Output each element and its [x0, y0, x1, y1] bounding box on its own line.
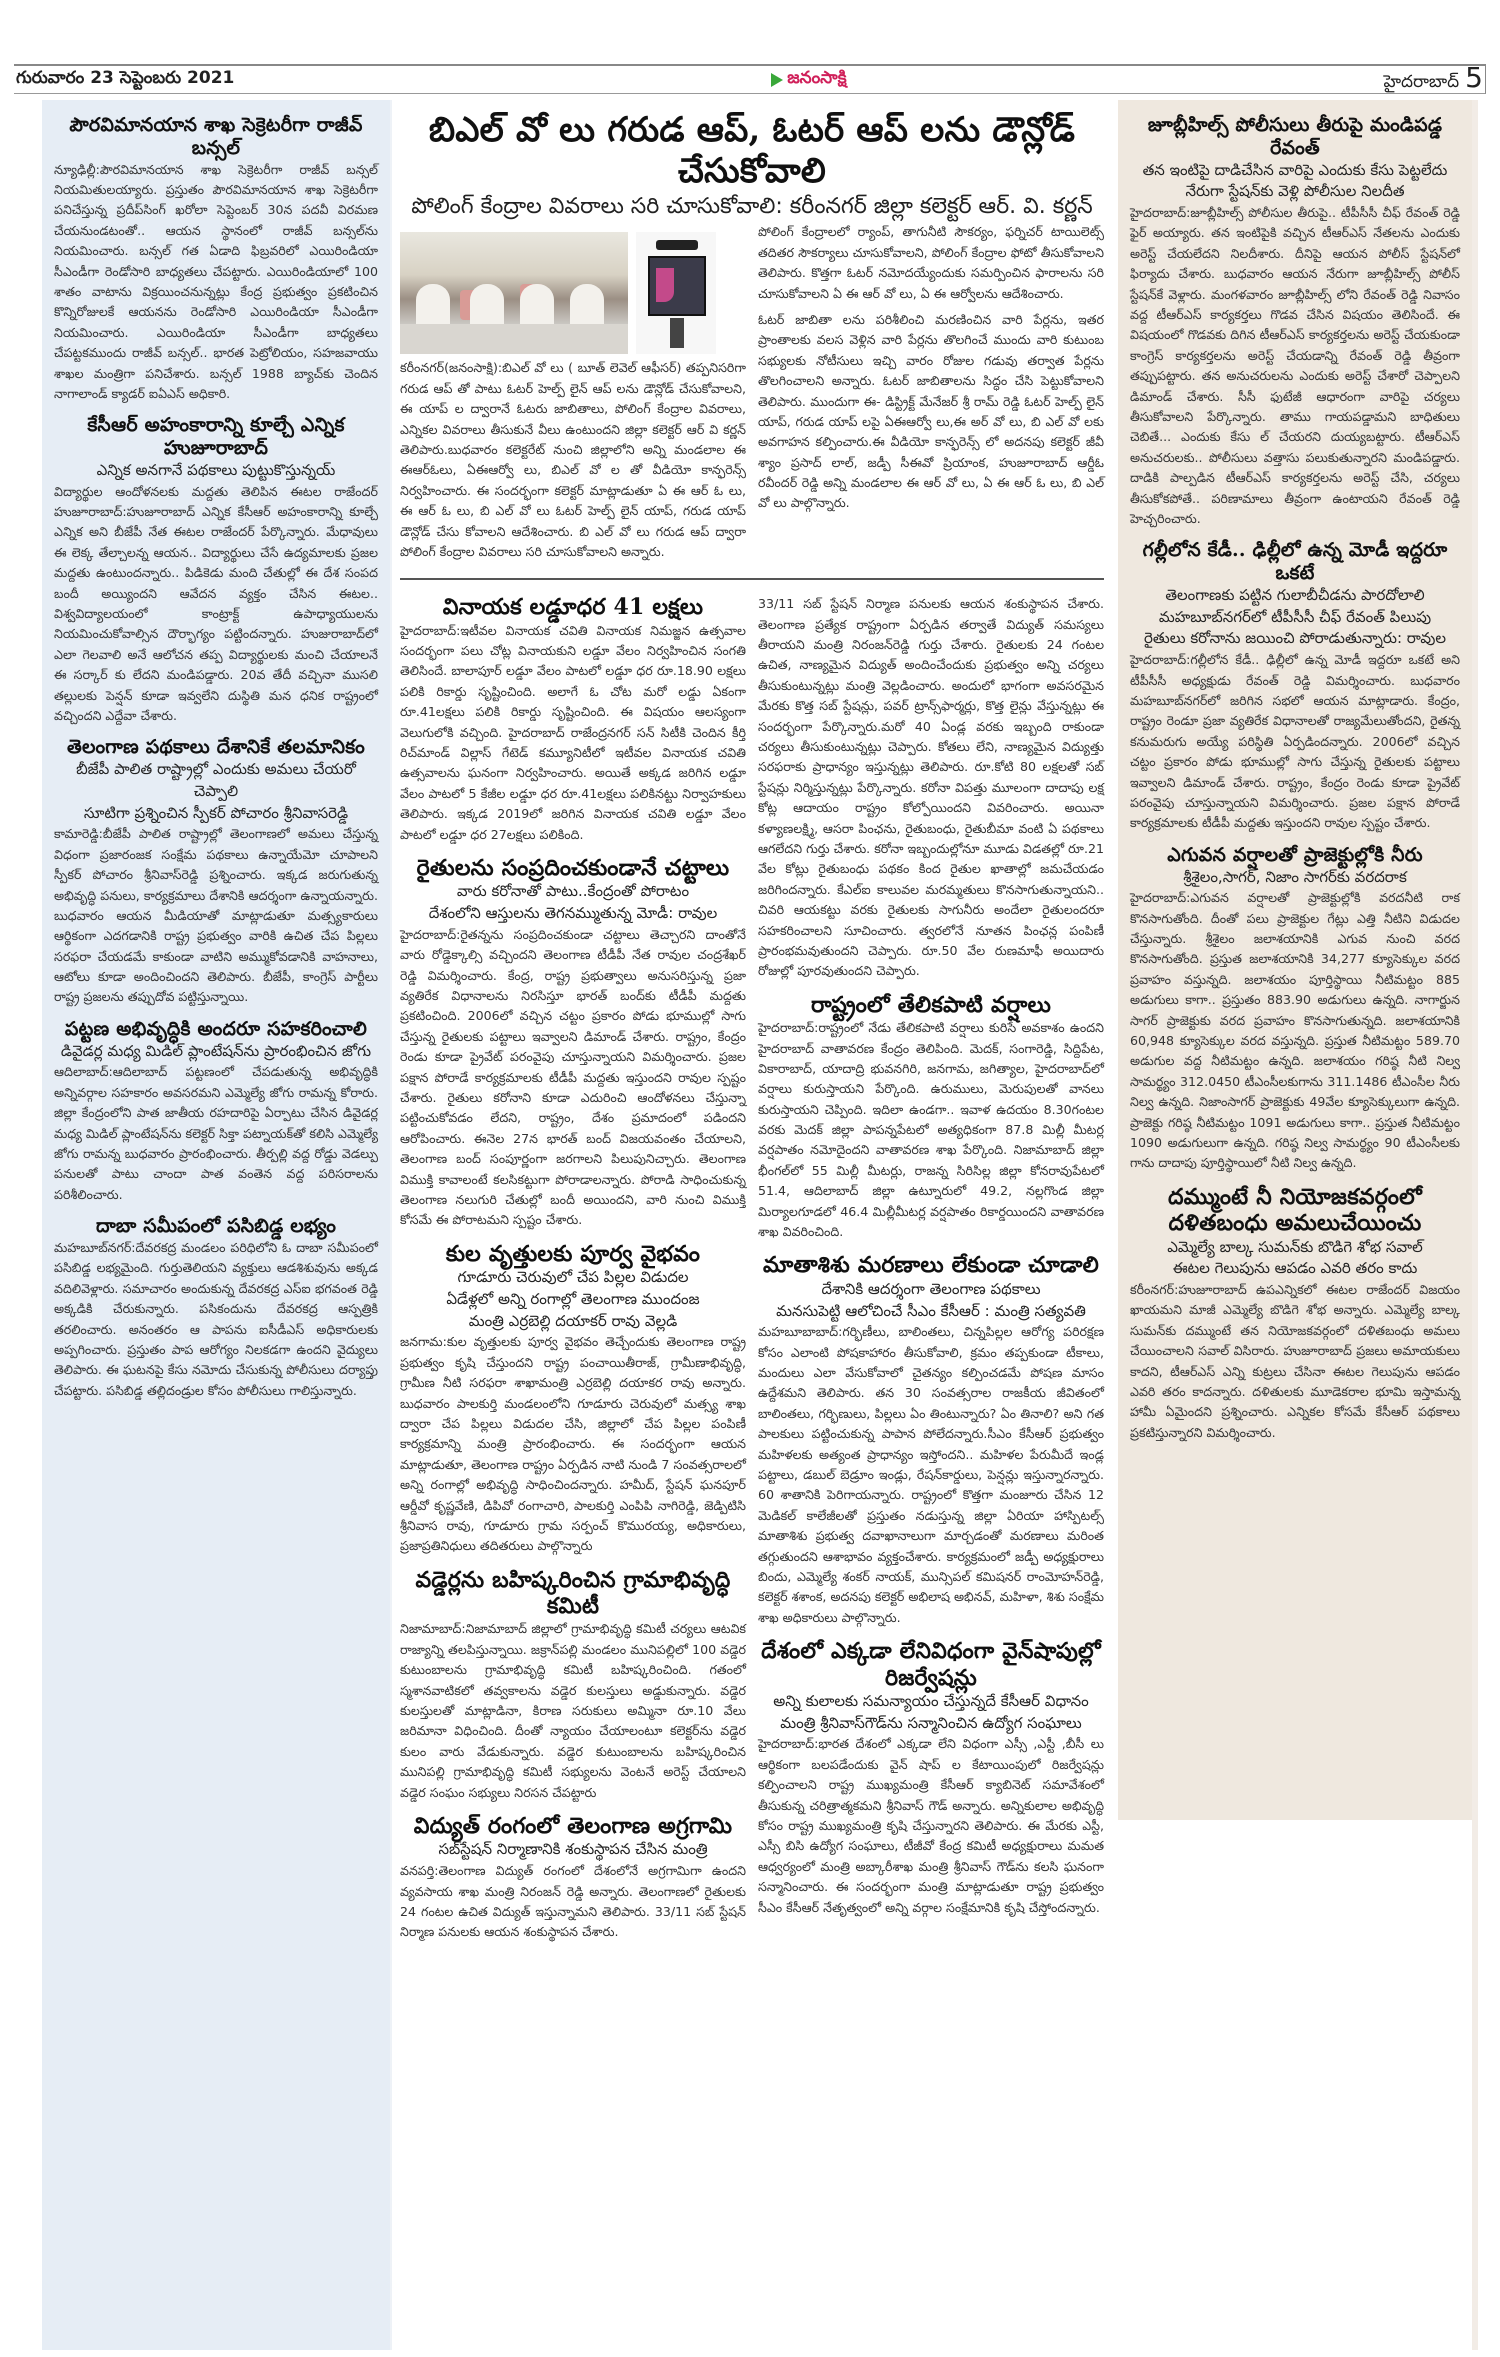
article-subhead: ఏడేళ్లలో అన్ని రంగాల్లో తెలంగాణ ముందంజ [400, 1289, 746, 1311]
article-headline: మాతాశిశు మరణాలు లేకుండా చూడాలి [758, 1252, 1104, 1278]
article-vaddera-boycott: వడ్డెర్లను బహిష్కరించిన గ్రామాభివృద్ధి క… [400, 1567, 746, 1803]
lead-headline: బిఎల్ వో లు గరుడ ఆప్, ఓటర్ ఆప్ లను డౌన్ల… [400, 110, 1104, 192]
article-subhead: ఎమ్మెల్యే బాల్క సుమన్‌కు బొడిగె శోభ సవాల… [1130, 1237, 1460, 1259]
article-huzurabad: కేసీఆర్ అహంకారాన్ని కూల్చే ఎన్నిక హుజూరా… [54, 414, 378, 726]
article-subhead: తెలంగాణకు పట్టిన గులాబీచీడను పారదోలాలి [1130, 585, 1460, 607]
leaf-icon [771, 73, 783, 87]
article-body: హైదరాబాద్:రాష్ట్రంలో నేడు తేలికపాటి వర్ష… [758, 1018, 1104, 1242]
article-headline: దేశంలో ఎక్కడా లేనివిధంగా వైన్‌షాపుల్లో ర… [758, 1638, 1104, 1691]
article-body: హైదరాబాద్:రైతన్నను సంప్రదించకుండా చట్టాల… [400, 925, 746, 1231]
article-caste-occupations: కుల వృత్తులకు పూర్వ వైభవం గూడూరు చెరువుల… [400, 1241, 746, 1557]
article-body: హైదరాబాద్:జూబ్లీహిల్స్ పోలీసుల తీరుపై.. … [1130, 203, 1460, 529]
article-headline: పౌరవిమానయాన శాఖ సెక్రెటరీగా రాజీవ్ బన్సల… [54, 114, 378, 160]
article-headline: దమ్ముంటే నీ నియోజకవర్గంలో [1130, 1184, 1460, 1210]
article-body: న్యూఢిల్లీ:పౌరవిమానయాన శాఖ సెక్రెటరీగా ర… [54, 160, 378, 405]
article-body: 33/11 సబ్ స్టేషన్ నిర్మాణ పనులకు ఆయన శంక… [758, 594, 1104, 981]
video-conference-screen-photo [636, 232, 716, 354]
article-headline: జూబ్లీహిల్స్ పోలీసులు తీరుపై మండిపడ్డ రే… [1130, 114, 1460, 160]
article-body: నిజామాబాద్:నిజామాబాద్ జిల్లాలో గ్రామాభివ… [400, 1619, 746, 1803]
article-power-sector: విద్యుత్ రంగంలో తెలంగాణ అగ్రగామి సబ్‌స్ట… [400, 1813, 746, 1943]
article-power-sector-continued: 33/11 సబ్ స్టేషన్ నిర్మాణ పనులకు ఆయన శంక… [758, 594, 1104, 981]
left-column: పౌరవిమానయాన శాఖ సెక్రెటరీగా రాజీవ్ బన్సల… [42, 100, 390, 2350]
article-headline: దళితబంధు అమలుచేయించు [1130, 1210, 1460, 1236]
article-kd-modi: గల్లీలోన కేడీ.. ఢిల్లీలో ఉన్న మోడీ ఇద్దర… [1130, 539, 1460, 833]
article-headline: తెలంగాణ పథకాలు దేశానికే తలమానికం [54, 736, 378, 759]
article-headline: రాష్ట్రంలో తేలికపాటి వర్షాలు [758, 992, 1104, 1018]
edition-city: హైదరాబాద్ [1383, 72, 1459, 96]
article-headline: దాబా సమీపంలో పసిబిడ్డ లభ్యం [54, 1215, 378, 1238]
article-body: కరీంనగర్:హుజూరాబాద్ ఉపఎన్నికలో ఈటల రాజేం… [1130, 1280, 1460, 1443]
article-headline: వడ్డెర్లను బహిష్కరించిన గ్రామాభివృద్ధి క… [400, 1567, 746, 1620]
article-body: మహబూబ్‌నగర్:దేవరకద్ర మండలం పరిధిలోని ఓ ద… [54, 1238, 378, 1401]
article-headline: ఎగువన వర్షాలతో ప్రాజెక్టుల్లోకి నీరు [1130, 844, 1460, 867]
section-divider [400, 578, 1104, 580]
article-subhead: బీజేపీ పాలిత రాష్ట్రాల్లో ఎందుకు అమలు చే… [54, 759, 378, 803]
article-maternal-child-deaths: మాతాశిశు మరణాలు లేకుండా చూడాలి దేశానికి … [758, 1252, 1104, 1628]
article-body: హైదరాబాద్:గల్లీలోన కేడీ.. ఢిల్లీలో ఉన్న … [1130, 650, 1460, 834]
article-revanth-police: జూబ్లీహిల్స్ పోలీసులు తీరుపై మండిపడ్డ రే… [1130, 114, 1460, 529]
article-body: హైదరాబాద్:ఎగువన వర్షాలతో ప్రాజెక్టుల్లోక… [1130, 888, 1460, 1173]
column-gutter [1472, 100, 1478, 2350]
article-subhead: మంత్రి ఎర్రబెల్లి దయాకర్ రావు వెల్లడి [400, 1311, 746, 1333]
lead-body-right: ఓటర్ జాబితా లను పరిశీలించి మరణించిన వారి… [758, 310, 1104, 514]
newspaper-logo: జనంసాక్షి [771, 68, 846, 92]
article-dalitbandhu-challenge: దమ్ముంటే నీ నియోజకవర్గంలో దళితబంధు అమలుచ… [1130, 1184, 1460, 1443]
article-body: మహబూబాబాద్:గర్భిణీలు, బాలింతలు, చిన్నపిల… [758, 1322, 1104, 1628]
article-wine-shop-reservations: దేశంలో ఎక్కడా లేనివిధంగా వైన్‌షాపుల్లో ర… [758, 1638, 1104, 1918]
article-headline: పట్టణ అభివృద్ధికి అందరూ సహకరించాలి [54, 1018, 378, 1041]
article-headline: విద్యుత్ రంగంలో తెలంగాణ అగ్రగామి [400, 1813, 746, 1839]
article-subhead: ఈటల గెలుపును ఆపడం ఎవరి తరం కాదు [1130, 1258, 1460, 1280]
article-subhead: నేరుగా స్టేషన్‌కు వెళ్లి పోలీసుల నిలదీత [1130, 181, 1460, 203]
article-subhead: సూటిగా ప్రశ్నించిన స్పీకర్ పోచారం శ్రీని… [54, 803, 378, 825]
article-adilabad: పట్టణ అభివృద్ధికి అందరూ సహకరించాలి డివైడ… [54, 1018, 378, 1205]
article-headline: కేసీఆర్ అహంకారాన్ని కూల్చే ఎన్నిక హుజూరా… [54, 414, 378, 460]
article-subhead: డివైడర్ల మధ్య మిడిల్ ప్లాంటేషన్‌ను ప్రార… [54, 1041, 378, 1063]
article-body: కామారెడ్డి:బీజేపీ పాలిత రాష్ట్రాల్లో తెల… [54, 824, 378, 1008]
article-headline: వినాయక లడ్డూధర 41 లక్షలు [400, 594, 746, 620]
article-rajiv-bansal: పౌరవిమానయాన శాఖ సెక్రెటరీగా రాజీవ్ బన్సల… [54, 114, 378, 404]
article-subhead: మనసుపెట్టి ఆలోచించే సీఎం కేసీఆర్ : మంత్ర… [758, 1301, 1104, 1323]
page-masthead: గురువారం 23 సెప్టెంబరు 2021 జనంసాక్షి హై… [14, 64, 1486, 94]
article-subhead: దేశానికి ఆదర్శంగా తెలంగాణ పథకాలు [758, 1279, 1104, 1301]
issue-date: గురువారం 23 సెప్టెంబరు 2021 [16, 68, 234, 92]
brand-name: జనంసాక్షి [787, 68, 846, 92]
center-column: బిఎల్ వో లు గరుడ ఆప్, ఓటర్ ఆప్ లను డౌన్ల… [392, 100, 1112, 2350]
article-subhead: సబ్‌స్టేషన్ నిర్మాణానికి శంకుస్థాపన చేసి… [400, 1839, 746, 1861]
lead-body-left: కరీంనగర్(జనంసాక్షి):బిఎల్ వో లు ( బూత్ ల… [400, 358, 746, 562]
article-body: హైదరాబాద్:భారత దేశంలో ఎక్కడా లేని విధంగా… [758, 1734, 1104, 1918]
article-body: వనపర్తి:తెలంగాణ విద్యుత్ రంగంలో దేశంలోనే… [400, 1861, 746, 1943]
article-headline: రైతులను సంప్రదించకుండానే చట్టాలు [400, 855, 746, 881]
article-telangana-schemes: తెలంగాణ పథకాలు దేశానికే తలమానికం బీజేపీ … [54, 736, 378, 1008]
article-headline: కుల వృత్తులకు పూర్వ వైభవం [400, 1241, 746, 1267]
lead-article: బిఎల్ వో లు గరుడ ఆప్, ఓటర్ ఆప్ లను డౌన్ల… [400, 110, 1104, 568]
article-infant-found: దాబా సమీపంలో పసిబిడ్డ లభ్యం మహబూబ్‌నగర్:… [54, 1215, 378, 1401]
article-project-inflows: ఎగువన వర్షాలతో ప్రాజెక్టుల్లోకి నీరు శ్ర… [1130, 844, 1460, 1174]
lead-subhead: పోలింగ్ కేంద్రాల వివరాలు సరి చూసుకోవాలి:… [400, 192, 1104, 223]
article-body: విద్యార్థుల ఆందోళనలకు మద్దతు తెలిపిన ఈటల… [54, 482, 378, 727]
article-farm-laws: రైతులను సంప్రదించకుండానే చట్టాలు వారు కర… [400, 855, 746, 1231]
article-subhead: దేశంలోని ఆస్తులను తెగనమ్ముతున్న మోడీ: రా… [400, 903, 746, 925]
article-subhead: శ్రీశైలం,సాగర్, నిజాం సాగర్‌కు వరదరాక [1130, 867, 1460, 889]
article-subhead: ఎన్నిక అనగానే పథకాలు పుట్టుకొస్తున్నయ్ [54, 460, 378, 482]
collector-meeting-photo [400, 232, 628, 354]
lead-side-text: పోలింగ్ కేంద్రాలలో ర్యాంప్, తాగునీటి సౌక… [758, 222, 1104, 304]
article-subhead: మహబూబ్‌నగర్‌లో టీపీసీసీ చీఫ్ రేవంత్ పిలు… [1130, 607, 1460, 629]
article-subhead: మంత్రి శ్రీనివాస్‌గౌడ్‌ను సన్మానించిన ఉద… [758, 1713, 1104, 1735]
article-body: హైదరాబాద్:ఇటీవల వినాయక చవితి వినాయక నిమజ… [400, 621, 746, 845]
page-number: 5 [1465, 64, 1483, 92]
article-subhead: రైతులు కరోనాను జయించి పోరాడుతున్నారు: రా… [1130, 628, 1460, 650]
right-column: జూబ్లీహిల్స్ పోలీసులు తీరుపై మండిపడ్డ రే… [1118, 100, 1472, 1820]
article-body: ఆదిలాబాద్:ఆదిలాబాద్ పట్టణంలో చేపడుతున్న … [54, 1062, 378, 1205]
edition-label: హైదరాబాద్ 5 [1383, 64, 1483, 96]
article-ladoo-auction: వినాయక లడ్డూధర 41 లక్షలు హైదరాబాద్:ఇటీవల… [400, 594, 746, 845]
article-subhead: గూడూరు చెరువులో చేప పిల్లల విడుదల [400, 1267, 746, 1289]
article-subhead: వారు కరోనాతో పాటు..కేంద్రంతో పోరాటం [400, 881, 746, 903]
article-subhead: తన ఇంటిపై దాడిచేసిన వారిపై ఎందుకు కేసు ప… [1130, 160, 1460, 182]
article-subhead: అన్ని కులాలకు సమన్యాయం చేస్తున్నదే కేసీఆ… [758, 1691, 1104, 1713]
article-body: జనగామ:కుల వృత్తులకు పూర్వ వైభవం తెచ్చేంద… [400, 1332, 746, 1556]
article-light-rains: రాష్ట్రంలో తేలికపాటి వర్షాలు హైదరాబాద్:ర… [758, 992, 1104, 1243]
article-headline: గల్లీలోన కేడీ.. ఢిల్లీలో ఉన్న మోడీ ఇద్దర… [1130, 539, 1460, 585]
